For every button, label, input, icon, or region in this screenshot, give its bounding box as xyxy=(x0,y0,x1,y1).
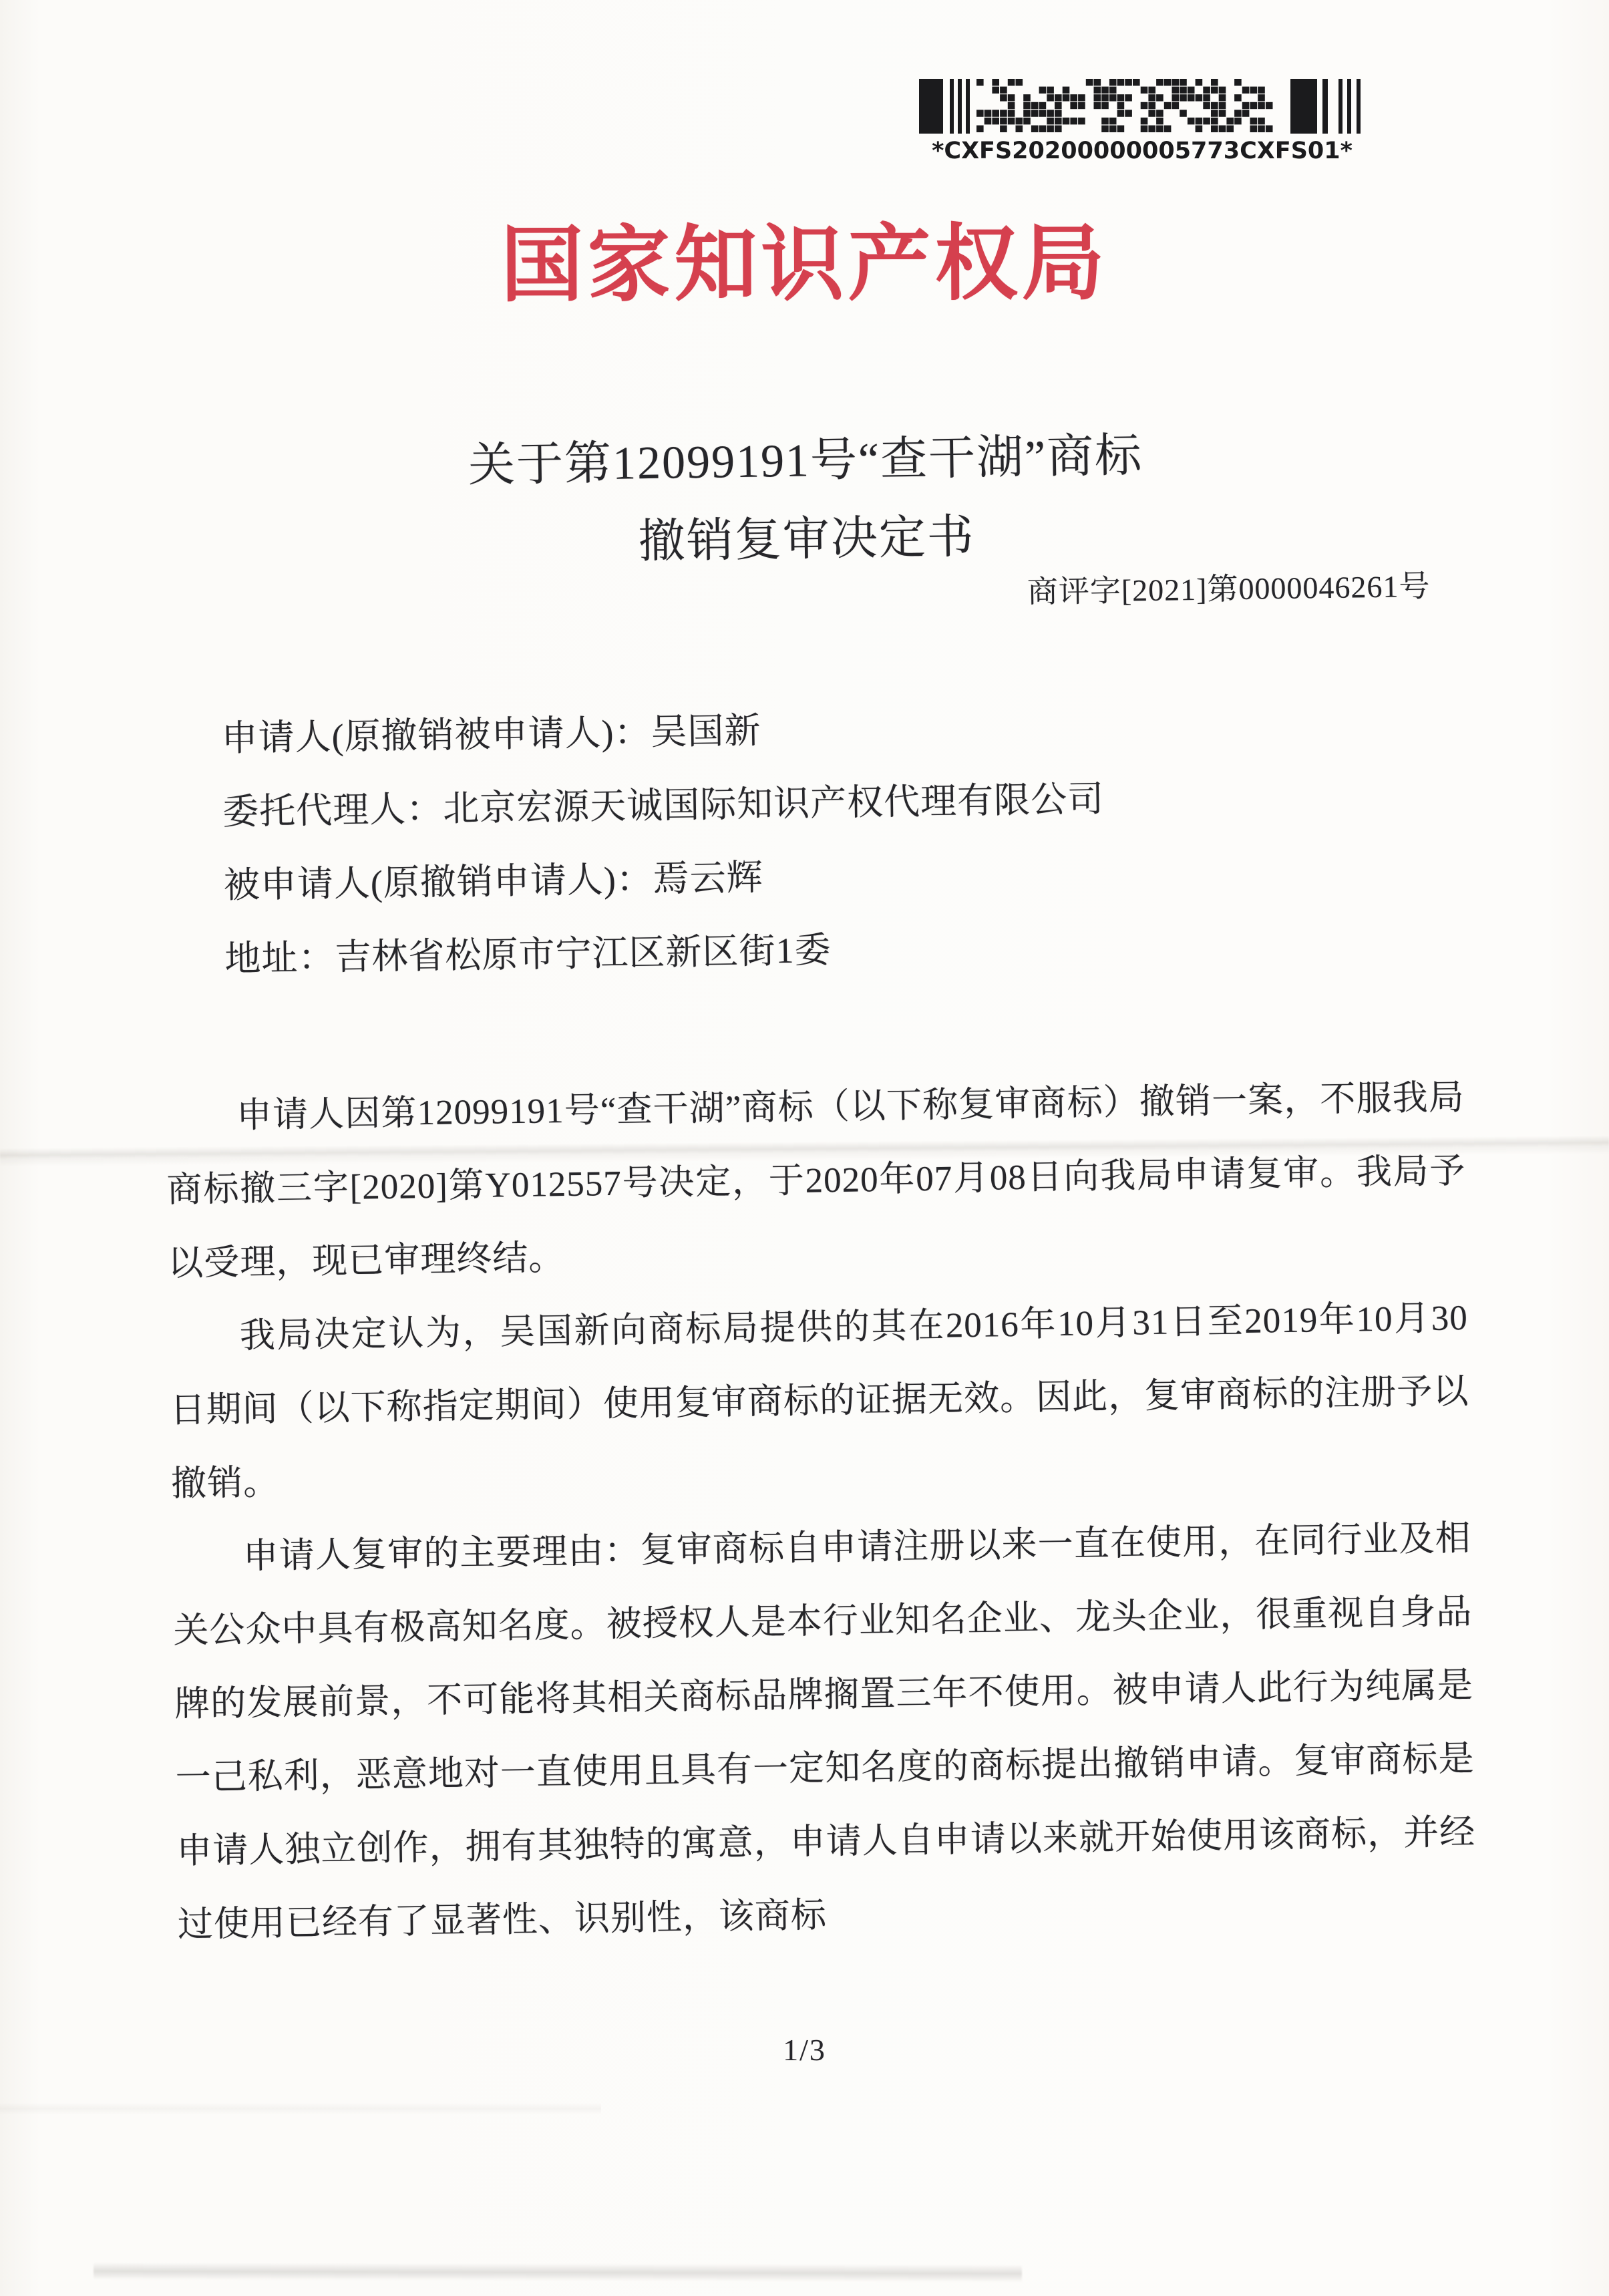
paper-crease-bottom-edge xyxy=(94,2258,1022,2285)
decision-paragraphs: 申请人因第12099191号“查干湖”商标（以下称复审商标）撤销一案，不服我局商… xyxy=(165,1061,1477,1962)
agency-title: 国家知识产权局 xyxy=(0,216,1609,315)
barcode-matrix xyxy=(976,79,1273,132)
page-number: 1/3 xyxy=(0,2032,1609,2068)
scanned-document-page: *CXFS20200000005773CXFS01* 国家知识产权局 关于第12… xyxy=(0,0,1609,2296)
paragraph-applicant-reasons: 申请人复审的主要理由：复审商标自申请注册以来一直在使用，在同行业及相关公众中具有… xyxy=(172,1502,1477,1962)
barcode: *CXFS20200000005773CXFS01* xyxy=(919,79,1365,164)
parties-section: 申请人(原撤销被申请人)：吴国新 委托代理人：北京宏源天诚国际知识产权代理有限公… xyxy=(160,683,1463,997)
barcode-label: *CXFS20200000005773CXFS01* xyxy=(919,138,1365,164)
document-body: 关于第12099191号“查干湖”商标 撤销复审决定书 商评字[2021]第00… xyxy=(156,422,1477,1962)
barcode-graphic xyxy=(919,79,1363,134)
paper-crease-lower xyxy=(0,2098,601,2118)
paragraph-decision: 我局决定认为，吴国新向商标局提供的其在2016年10月31日至2019年10月3… xyxy=(168,1281,1471,1521)
doc-title-line-1: 关于第12099191号“查干湖”商标 xyxy=(156,422,1455,501)
doc-title-line-2: 撤销复审决定书 xyxy=(157,500,1457,580)
doc-title: 关于第12099191号“查干湖”商标 撤销复审决定书 xyxy=(156,422,1457,580)
paragraph-case-summary: 申请人因第12099191号“查干湖”商标（以下称复审商标）撤销一案，不服我局商… xyxy=(165,1061,1467,1301)
